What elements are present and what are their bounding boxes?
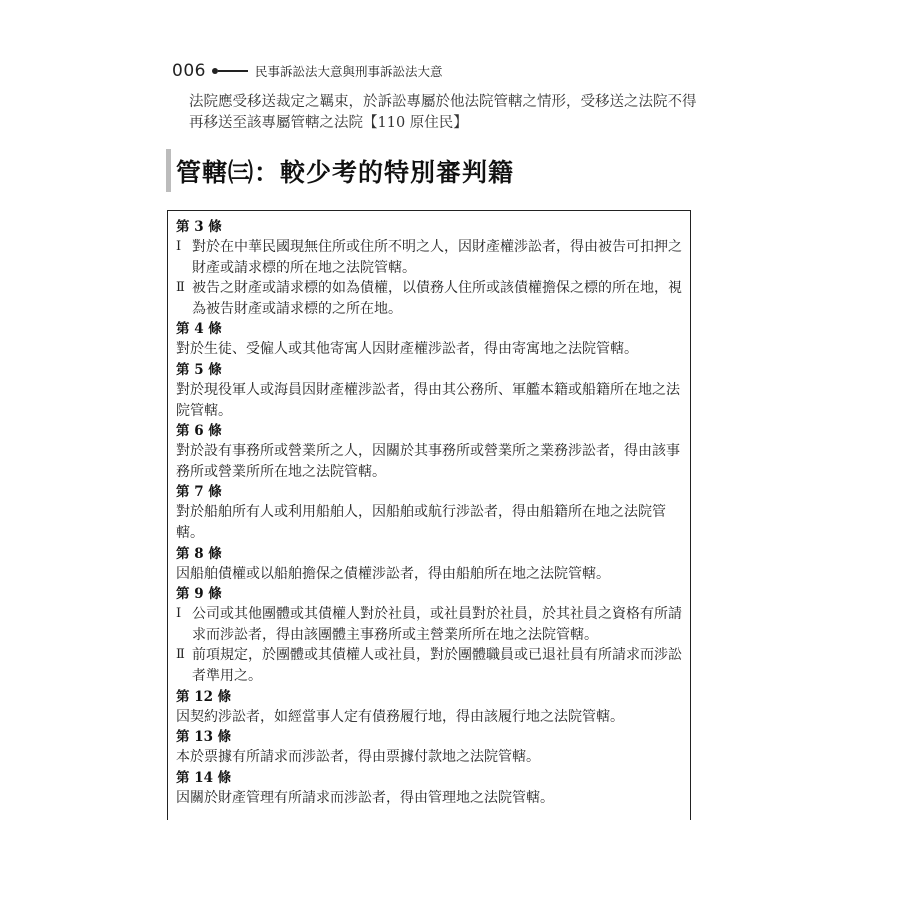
header-line — [218, 70, 248, 72]
clause-number: Ⅱ — [176, 278, 192, 319]
clause-text: 前項規定，於團體或其債權人或社員，對於團體職員或已退社員有所請求而涉訟者準用之。 — [192, 645, 682, 686]
clause-text: 對於在中華民國現無住所或住所不明之人，因財產權涉訟者，得由被告可扣押之財產或請求… — [192, 237, 682, 278]
heading-accent-bar — [166, 149, 171, 192]
running-head: 006 民事訴訟法大意與刑事訴訟法大意 — [172, 61, 442, 81]
article-title: 第 3 條 — [176, 217, 682, 237]
clause-number: Ⅰ — [176, 237, 192, 278]
article-body: 因船舶債權或以船舶擔保之債權涉訟者，得由船舶所在地之法院管轄。 — [176, 564, 682, 585]
article-clause: Ⅱ被告之財產或請求標的如為債權，以債務人住所或該債權擔保之標的所在地，視為被告財… — [176, 278, 682, 319]
article-title: 第 13 條 — [176, 727, 682, 747]
article-title: 第 12 條 — [176, 687, 682, 707]
article-title: 第 6 條 — [176, 421, 682, 441]
intro-paragraph: 法院應受移送裁定之羈束，於訴訟專屬於他法院管轄之情形，受移送之法院不得再移送至該… — [189, 92, 699, 134]
article-body: 對於船舶所有人或利用船舶人，因船舶或航行涉訟者，得由船籍所在地之法院管轄。 — [176, 502, 682, 543]
article-body: 本於票據有所請求而涉訟者，得由票據付款地之法院管轄。 — [176, 747, 682, 768]
article-clause: Ⅰ對於在中華民國現無住所或住所不明之人，因財產權涉訟者，得由被告可扣押之財產或請… — [176, 237, 682, 278]
article-body: 對於現役軍人或海員因財產權涉訟者，得由其公務所、軍艦本籍或船籍所在地之法院管轄。 — [176, 380, 682, 421]
article-title: 第 14 條 — [176, 768, 682, 788]
article-clause: Ⅱ前項規定，於團體或其債權人或社員，對於團體職員或已退社員有所請求而涉訟者準用之… — [176, 645, 682, 686]
clause-number: Ⅰ — [176, 604, 192, 645]
statute-box: 第 3 條Ⅰ對於在中華民國現無住所或住所不明之人，因財產權涉訟者，得由被告可扣押… — [167, 210, 691, 820]
article-body: 因契約涉訟者，如經當事人定有債務履行地，得由該履行地之法院管轄。 — [176, 707, 682, 728]
page-number: 006 — [172, 61, 206, 81]
article-title: 第 7 條 — [176, 482, 682, 502]
article-title: 第 4 條 — [176, 319, 682, 339]
article-clause: Ⅰ公司或其他團體或其債權人對於社員，或社員對於社員，於其社員之資格有所請求而涉訟… — [176, 604, 682, 645]
section-title: 管轄㈢：較少考的特別審判籍 — [176, 153, 514, 189]
section-heading: 管轄㈢：較少考的特別審判籍 — [166, 149, 514, 192]
article-title: 第 8 條 — [176, 544, 682, 564]
book-title: 民事訴訟法大意與刑事訴訟法大意 — [255, 62, 443, 80]
article-body: 對於設有事務所或營業所之人，因關於其事務所或營業所之業務涉訟者，得由該事務所或營… — [176, 441, 682, 482]
article-body: 對於生徒、受僱人或其他寄寓人因財產權涉訟者，得由寄寓地之法院管轄。 — [176, 339, 682, 360]
header-rule-decoration — [212, 68, 248, 74]
article-title: 第 5 條 — [176, 360, 682, 380]
article-title: 第 9 條 — [176, 584, 682, 604]
clause-text: 公司或其他團體或其債權人對於社員，或社員對於社員，於其社員之資格有所請求而涉訟者… — [192, 604, 682, 645]
article-body: 因關於財產管理有所請求而涉訟者，得由管理地之法院管轄。 — [176, 788, 682, 809]
clause-text: 被告之財產或請求標的如為債權，以債務人住所或該債權擔保之標的所在地，視為被告財產… — [192, 278, 682, 319]
clause-number: Ⅱ — [176, 645, 192, 686]
